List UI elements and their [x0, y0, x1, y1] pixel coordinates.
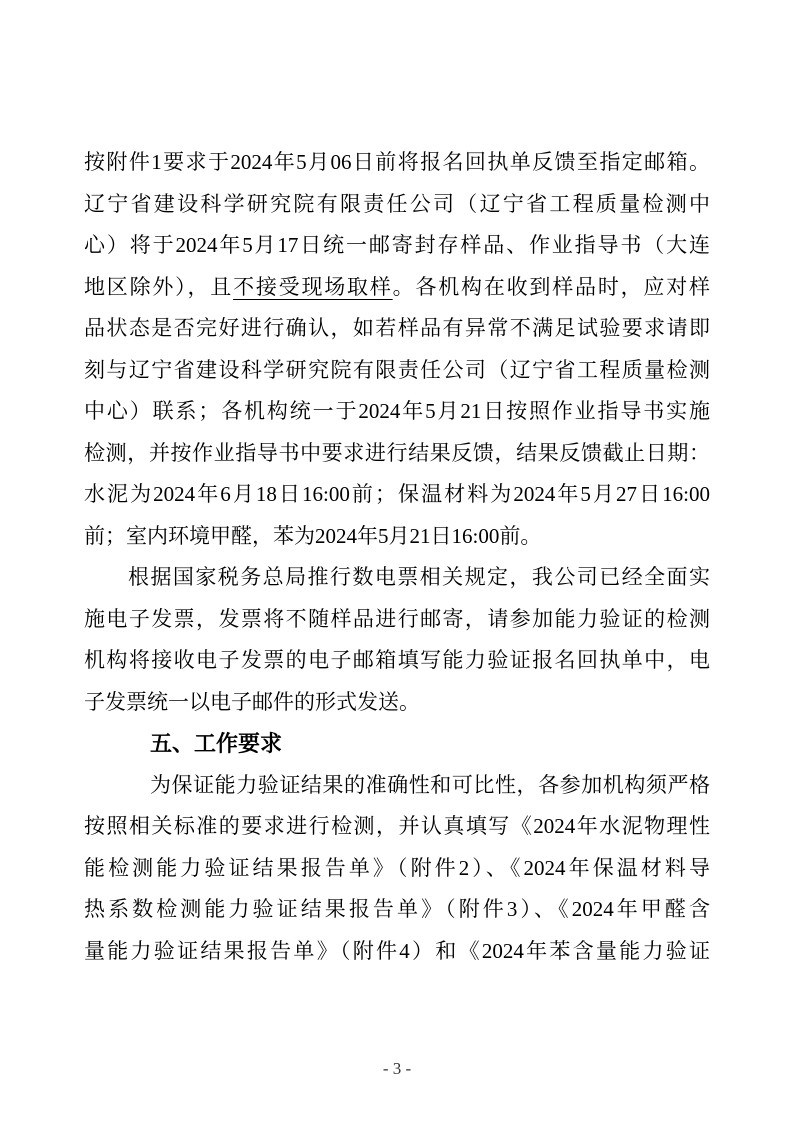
text-segment: 地区除外），且 [84, 275, 233, 299]
text-line: 施电子发票，发票将不随样品进行邮寄，请参加能力验证的检测 [84, 599, 710, 641]
text-segment: 机构将接收电子发票的电子邮箱填写能力验证报名回执单中，电 [84, 648, 710, 672]
text-segment: 品状态是否完好进行确认，如若样品有异常不满足试验要求请即 [84, 316, 710, 340]
text-segment: 前；室内环境甲醛，苯为2024年5月21日16:00前。 [84, 524, 541, 548]
document-page: 按附件1要求于2024年5月06日前将报名回执单反馈至指定邮箱。辽宁省建设科学研… [0, 0, 794, 1123]
text-line: 子发票统一以电子邮件的形式发送。 [84, 682, 710, 724]
text-line: 辽宁省建设科学研究院有限责任公司（辽宁省工程质量检测中 [84, 184, 710, 226]
text-line: 根据国家税务总局推行数电票相关规定，我公司已经全面实 [84, 557, 710, 599]
text-line: 能检测能力验证结果报告单》（附件2）、《2024年保温材料导 [84, 848, 710, 890]
section-heading: 五、工作要求 [84, 723, 710, 765]
text-line: 按照相关标准的要求进行检测，并认真填写《2024年水泥物理性 [84, 806, 710, 848]
text-segment: 刻与辽宁省建设科学研究院有限责任公司（辽宁省工程质量检测 [84, 358, 710, 382]
text-segment: 检测，并按作业指导书中要求进行结果反馈，结果反馈截止日期： [84, 441, 710, 465]
text-segment: 心）将于2024年5月17日统一邮寄封存样品、作业指导书（大连 [84, 233, 710, 257]
text-segment: 按附件1要求于2024年5月06日前将报名回执单反馈至指定邮箱。 [84, 150, 710, 174]
text-line: 检测，并按作业指导书中要求进行结果反馈，结果反馈截止日期： [84, 433, 710, 475]
text-line: 品状态是否完好进行确认，如若样品有异常不满足试验要求请即 [84, 308, 710, 350]
document-body: 按附件1要求于2024年5月06日前将报名回执单反馈至指定邮箱。辽宁省建设科学研… [84, 142, 710, 972]
text-line: 按附件1要求于2024年5月06日前将报名回执单反馈至指定邮箱。 [84, 142, 710, 184]
text-line: 心）将于2024年5月17日统一邮寄封存样品、作业指导书（大连 [84, 225, 710, 267]
text-line: 刻与辽宁省建设科学研究院有限责任公司（辽宁省工程质量检测 [84, 350, 710, 392]
text-segment: 根据国家税务总局推行数电票相关规定，我公司已经全面实 [128, 565, 710, 589]
text-segment: 。各机构在收到样品时，应对样 [393, 275, 710, 299]
text-segment: 为保证能力验证结果的准确性和可比性，各参加机构须严格 [150, 773, 710, 797]
page-number: - 3 - [383, 1059, 411, 1078]
text-segment: 中心）联系；各机构统一于2024年5月21日按照作业指导书实施 [84, 399, 710, 423]
text-segment: 施电子发票，发票将不随样品进行邮寄，请参加能力验证的检测 [84, 607, 710, 631]
text-segment: 子发票统一以电子邮件的形式发送。 [84, 690, 420, 714]
text-line: 水泥为2024年6月18日16:00前；保温材料为2024年5月27日16:00 [84, 474, 710, 516]
text-segment: 按照相关标准的要求进行检测，并认真填写《2024年水泥物理性 [84, 814, 710, 838]
text-segment: 五、工作要求 [150, 731, 282, 756]
text-segment: 热系数检测能力验证结果报告单》（附件3）、《2024年甲醛含 [84, 897, 710, 921]
page-footer: - 3 - [0, 1058, 794, 1080]
text-segment: 能检测能力验证结果报告单》（附件2）、《2024年保温材料导 [84, 856, 710, 880]
text-line: 量能力验证结果报告单》（附件4）和《2024年苯含量能力验证 [84, 931, 710, 973]
text-line: 机构将接收电子发票的电子邮箱填写能力验证报名回执单中，电 [84, 640, 710, 682]
text-line: 前；室内环境甲醛，苯为2024年5月21日16:00前。 [84, 516, 710, 558]
text-line: 热系数检测能力验证结果报告单》（附件3）、《2024年甲醛含 [84, 889, 710, 931]
underlined-text: 不接受现场取样 [233, 275, 393, 299]
text-segment: 水泥为2024年6月18日16:00前；保温材料为2024年5月27日16:00 [84, 482, 710, 506]
text-line: 地区除外），且不接受现场取样。各机构在收到样品时，应对样 [84, 267, 710, 309]
text-line: 中心）联系；各机构统一于2024年5月21日按照作业指导书实施 [84, 391, 710, 433]
text-segment: 量能力验证结果报告单》（附件4）和《2024年苯含量能力验证 [84, 939, 710, 963]
text-line: 为保证能力验证结果的准确性和可比性，各参加机构须严格 [84, 765, 710, 807]
text-segment: 辽宁省建设科学研究院有限责任公司（辽宁省工程质量检测中 [84, 192, 710, 216]
